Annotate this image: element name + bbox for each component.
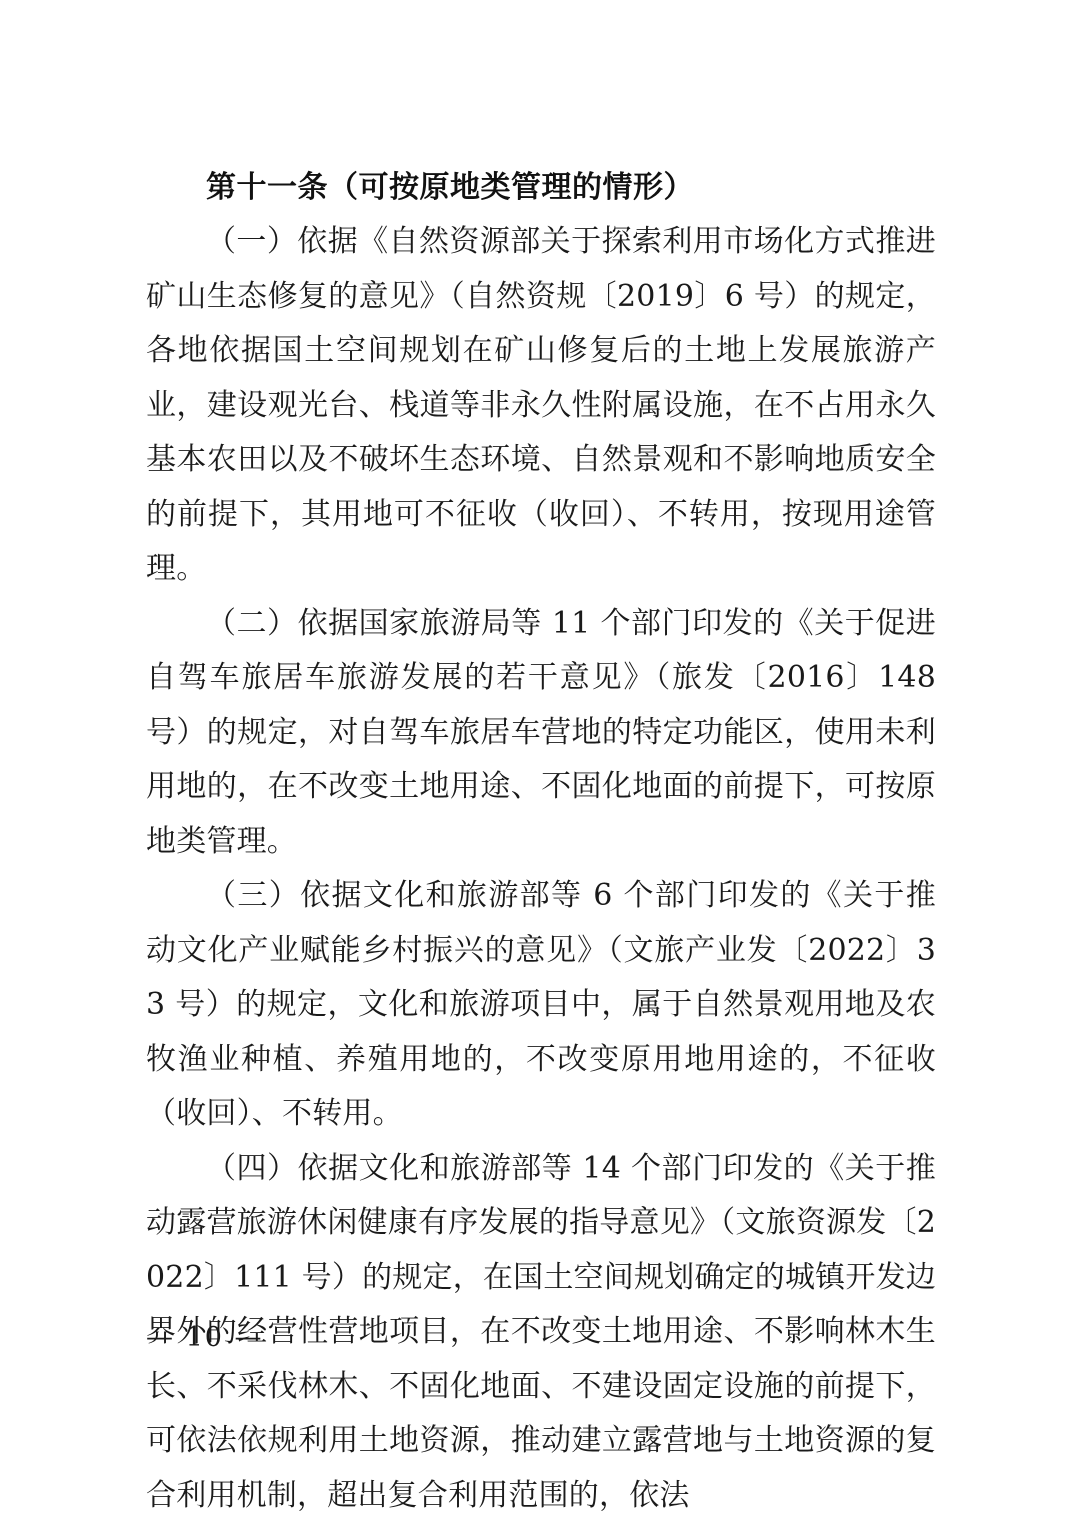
paragraph-clause-4: （四）依据文化和旅游部等 14 个部门印发的《关于推动露营旅游休闲健康有序发展的… (146, 1142, 936, 1524)
document-content: 第十一条（可按原地类管理的情形） （一）依据《自然资源部关于探索利用市场化方式推… (146, 160, 936, 1523)
article-heading: 第十一条（可按原地类管理的情形） (146, 160, 936, 215)
page-number: — 10 — (146, 1322, 264, 1353)
paragraph-clause-1: （一）依据《自然资源部关于探索利用市场化方式推进矿山生态修复的意见》（自然资规〔… (146, 215, 936, 597)
paragraph-clause-3: （三）依据文化和旅游部等 6 个部门印发的《关于推动文化产业赋能乡村振兴的意见》… (146, 869, 936, 1142)
document-page: 第十一条（可按原地类管理的情形） （一）依据《自然资源部关于探索利用市场化方式推… (0, 0, 1080, 1527)
paragraph-clause-2: （二）依据国家旅游局等 11 个部门印发的《关于促进自驾车旅居车旅游发展的若干意… (146, 597, 936, 870)
